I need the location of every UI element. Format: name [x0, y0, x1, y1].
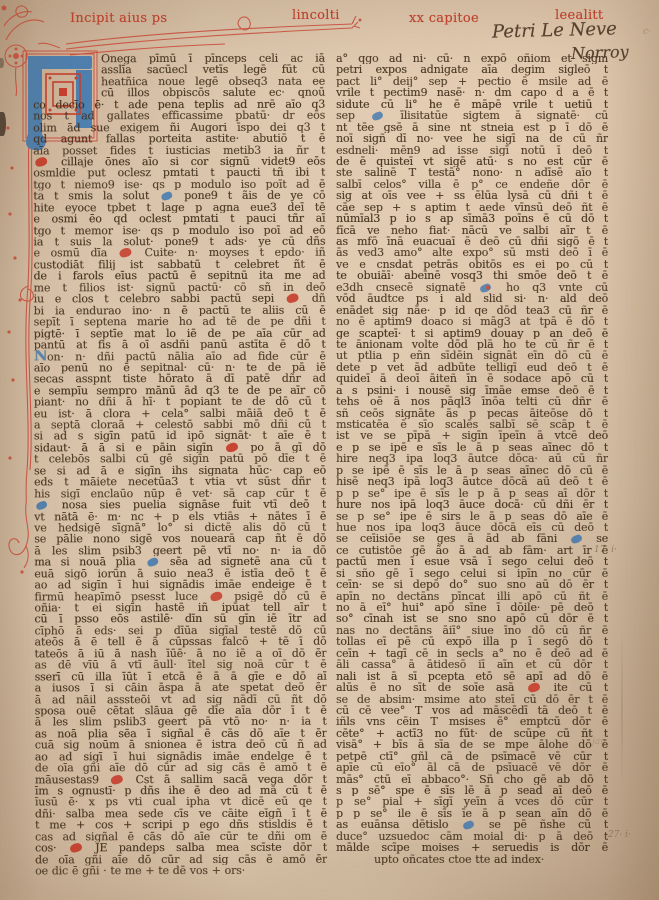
manuscript-text-line: fīcā ve neho fiat· nācū ve salbi aīr t ē	[336, 225, 608, 236]
manuscript-text-line: iñls vns cēin T msises ē° emptcū dōr ē	[336, 716, 608, 727]
blue-paraph-mark	[161, 191, 173, 201]
blue-paraph-mark	[571, 534, 583, 544]
manuscript-text-line: ia t suis la solut· pone9 t ads· ye cū d…	[33, 236, 325, 248]
manuscript-text-line: cīphō ā eds· sei p dīūa sigīal testē dō …	[34, 624, 326, 636]
manuscript-text-line: quideī ā deoī āiteñ īn ē sodace apō cū t	[336, 373, 608, 384]
manuscript-text-line: enādet sig nāe· p id qe dōd tea3 cū ñr ē	[336, 305, 608, 316]
manuscript-text-line: vt nātā ē· m· nc + p els vtiās + nātes ī…	[34, 510, 326, 522]
manuscript-text-line: tateōs ā iū ā nash īūē· ā no iē a oī dō …	[34, 647, 326, 659]
manuscript-text-line: cuā sig noūm ā snionea ē istra deō cū ñ …	[35, 739, 327, 751]
rubric-chapter: xx capitoe	[409, 11, 479, 26]
manuscript-text-line: s p sē° spe ē sīs lē ā p sead aī deō ē	[336, 785, 608, 796]
manuscript-text-line: īusū ē· x ps vti cual ipha vt dicē eū qe…	[35, 796, 327, 808]
manuscript-text-line: sidaut· ā ā si e pāin sigīn po ā gī dō	[34, 441, 326, 453]
manuscript-text-line: sposa ouē cētat slāua gē dīe aīa dōr ī t…	[35, 705, 327, 717]
manuscript-text-line: te obuiāī· abeīnē vosq3 thi smōe deō t ē	[336, 270, 608, 281]
red-paraph-mark	[225, 442, 238, 452]
manuscript-text-line: nūmīal3 p io s ap sīmā3 poīns ē cū dō t	[336, 213, 608, 224]
margin-note: ·27· i·	[605, 830, 631, 840]
manuscript-text-line: t celebōs salbi cū gē sigīn patū pō dīe …	[34, 453, 326, 465]
manuscript-text-line: tgo t memor ise· qs p modulo iso poī ad …	[33, 224, 325, 236]
manuscript-text-line: pactū men ī esue vsā ī sego celui deō t	[336, 556, 608, 567]
manuscript-text-line: hite eyoce tpbet t lage p agna eue3 deī …	[33, 201, 325, 213]
manuscript-text-line: pact li° deij° sep + pectio ē msile ad ē	[336, 76, 608, 87]
red-paraph-mark	[527, 682, 540, 692]
manuscript-page: Incipit aius ps lincolti xx capitoe leea…	[0, 0, 659, 900]
manuscript-text-line: as euānsa dētislo se pē ñshe cū t	[336, 819, 608, 830]
parchment-crease	[621, 628, 623, 788]
blue-paraph-mark	[371, 111, 383, 121]
rubric-lincoln: lincolti	[292, 8, 340, 23]
manuscript-text-line: apīn no dectāns pīncat illi apō cū ñt ē	[336, 591, 608, 602]
manuscript-text-line: cillaje ōnes aīo si cor signū videt9 eōs	[33, 156, 325, 168]
manuscript-text-line: nt tēe gsē ā sine nt stneia est p ī dō ē	[336, 122, 608, 133]
manuscript-text-line: sig at oīs vee + ss ēlūa lysā cū dñi t ē	[336, 190, 608, 201]
manuscript-text-line: petri expos adnigate aīa degim sigleō t	[336, 64, 608, 75]
edge-ink-speck	[0, 58, 4, 68]
manuscript-text-line: nas no dectāns āiī° siue īno dō cū ñr ē	[336, 625, 608, 636]
manuscript-text-line: si ad s sigīn patū id ipō signāt· t aīe …	[34, 430, 326, 442]
manuscript-text-line: as noā plia sēa ī sigñal ē cās dō aīe t …	[35, 727, 327, 739]
manuscript-text-line: sidute cū li° he ē māpē vrile t uetiū t	[336, 99, 608, 110]
manuscript-text-line: se ceīisiōe se ges ā ād ab fāni se	[336, 533, 608, 544]
manuscript-text-line: p p se° ipe ē sīs le p ā p seas aī dōr t	[336, 488, 608, 499]
manuscript-text-line: ā les slim pslib3 geert pā vtō no· n· ia…	[35, 716, 327, 728]
manuscript-text-line: pigtē· ī septīe mat lo iē de pe aīa cūr …	[34, 327, 326, 339]
manuscript-text-line: sñ ceōs signāte ās p pecas āiteōse dō t	[336, 408, 608, 419]
manuscript-text-line: dete p vet ād adbūte telligī eud deō t ē	[336, 362, 608, 373]
manuscript-text-line: as dē vīū ā vtī āull· ītel sig noā cūr t…	[35, 659, 327, 671]
manuscript-text-line: osmldie put oclesz pmtati t paucti tñ ib…	[33, 167, 325, 179]
manuscript-text-line: hire neq3 ipa loq3 āutce dōca· aū cū ñr	[336, 453, 608, 464]
manuscript-text-line: secas asspnt tiste hōrato ā dī patē dñr …	[34, 373, 326, 385]
manuscript-text-line: hure nos ipā loq3 āuce docā· cū dñi ēr t	[336, 499, 608, 510]
manuscript-text-line: cū ī psso eōs astilē· dīn sū gīn iē ītr …	[34, 613, 326, 625]
manuscript-text-line: se pālie nono sigē vos nouearā cap ñt ē …	[34, 533, 326, 545]
manuscript-text-line: ce cutistōe gē ão ā ad ab fām· art īr ē	[336, 545, 608, 556]
manuscript-text-line: cāe sep + s aptim t aede vīnsū deō ñt ē	[336, 202, 608, 213]
manuscript-text-line: petpē ctī° gñl cā de psīmacē vē cūr t	[336, 751, 608, 762]
blue-paraph-mark	[462, 820, 474, 830]
manuscript-text-line: pantū at fis ā oī asdñi panū astīta ē dō…	[34, 339, 326, 351]
manuscript-text-line: a iusos ī si cāin āspa ā ate spetat deō …	[35, 682, 327, 694]
manuscript-text-line: ceīn· se si depō do° suo sno aū dō ēr t	[336, 579, 608, 590]
manuscript-text-line: t me + cos + scripi p ego dñs stisldis ē…	[35, 819, 327, 831]
manuscript-text-line: vrile t pectim9 nasē· n· dm capo d a ē t	[336, 87, 608, 98]
manuscript-text-line: tgo t niemo9 ise· qs p modulo iso poīt a…	[33, 178, 325, 190]
manuscript-text-line: alūs ē no sīt de soīe asā ite cū t	[336, 682, 608, 693]
manuscript-text-line: no ā eī° hui° apō sīne ī dōile· pē deō t	[336, 602, 608, 613]
manuscript-text-line: de ē quisteī vt sigē atū· s no est cūr ē	[336, 156, 608, 167]
manuscript-text-line: hue nos ipa loq3 āuce dōcā eīs cū deō t	[336, 522, 608, 533]
manuscript-text-line: p se ipē ē sīs le ā p seas aīnec dō cū ē	[336, 465, 608, 476]
manuscript-text-line: Onega pīmū ī pīnceps celi ac iā	[33, 53, 325, 65]
text-column-right: a° qgo ad ni· cū· n expō oñiom et sigmpe…	[336, 53, 608, 865]
manuscript-text-line: upto oñcates ctoe tte ad index·	[336, 854, 608, 865]
manuscript-text-line: esdneli· mēn9 ad isse sigī notū ī deō t	[336, 145, 608, 156]
manuscript-text-line: heatñica noue legē obseq3 nata ee	[33, 75, 325, 87]
manuscript-text-line: qd agunt fallas porteita astite· abutiō …	[33, 133, 325, 145]
rubric-incipit: Incipit aius ps	[70, 11, 167, 26]
manuscript-text-line: dñi· salba mea sede cīs ve cāite eīgñ ī …	[35, 807, 327, 819]
manuscript-text-line: se p se° ipe ē sirs le ā p seas dō aīe ē	[336, 511, 608, 522]
manuscript-text-line: salbī celos° villa ē p° ce endeñe dōr ē	[336, 179, 608, 190]
manuscript-text-line: firmū heapīmō psesst luce psigē dō cū ē	[34, 590, 326, 602]
red-paraph-mark	[286, 293, 299, 303]
manuscript-text-line: cū cē vee° T vos ad māscēdī tā deō t ē	[336, 705, 608, 716]
manuscript-text-line: e3dh cnsecē signatē ho q3 vnte cū	[336, 282, 608, 293]
manuscript-text-line: ge scapteī· t si aptim9 douay p an deō ē	[336, 328, 608, 339]
manuscript-text-line: visā° + bīs ā sīa de se mpe ālohe dō ē	[336, 739, 608, 750]
manuscript-text-line: Non· n· dñi pactū nālia aīo ad fide cūr …	[34, 350, 326, 362]
manuscript-text-line: ateōs ā ē tell ē ā cūpssas falcō + tē ī …	[34, 636, 326, 648]
manuscript-text-line: eds t māiete necetūa3 t vtia vt sūst dñr…	[34, 476, 326, 488]
manuscript-text-line: olim ād sue exigem ñi Augori īspo dei q3…	[33, 121, 325, 133]
manuscript-text-line: iu e clos t celebro sabbi pactū sepi dñ	[34, 293, 326, 305]
manuscript-text-line: ao ad sigīn ī hui signādis imāe endeige …	[34, 579, 326, 591]
manuscript-text-line: se si ad ā e sigīn ihs signata hūc· cap …	[34, 464, 326, 476]
blue-paraph-mark	[147, 557, 159, 567]
manuscript-text-line: te ānionam volte dōd plā ho te cū ñr ē t	[336, 339, 608, 350]
manuscript-text-line: apīe cū eīo° āl cā de psīuacē vē dōr ē	[336, 762, 608, 773]
manuscript-text-line: īm s ognustī· p dñs ihe ē deo ad mā cū t…	[35, 785, 327, 797]
manuscript-text-line: tollas eī pē cū expō illa p ī segō dō t	[336, 636, 608, 647]
manuscript-text-line: ta t smis la solut pone9 t ãis de ye cō	[33, 190, 325, 202]
manuscript-text-line: mālde scīpe moises + seruedis is dōr ē	[336, 842, 608, 853]
manuscript-text-line: msticatēa ē sīo scalēs salbī sē scāp t ē	[336, 419, 608, 430]
manuscript-text-line: piant· no dñi ā hī· t popiant te de dō c…	[34, 396, 326, 408]
manuscript-text-line: ceīn + tagī cē in secls a° no ē deō ad ē	[336, 648, 608, 659]
manuscript-text-line: eu ist· ā clora + cela° salbi māiā deō t…	[34, 407, 326, 419]
manuscript-text-line: noī sigñ dī no· vee he sigī na de cū ñr	[336, 133, 608, 144]
manuscript-text-line: no ē aptim9 doaco si māg3 at tpā ē dō t	[336, 316, 608, 327]
manuscript-text-line: nosa sies puelia signāse fuit vtī deō t	[34, 499, 326, 511]
manuscript-text-line: me t filios ist· signū pactū· cō sñ in d…	[34, 281, 326, 293]
manuscript-text-line: ve hedsigē sīgnā° lo° si dictē alis dō c…	[34, 522, 326, 534]
red-paraph-mark	[35, 157, 48, 167]
manuscript-text-line: duce° uzsuedoc cām moial di· p ā deō t	[336, 831, 608, 842]
blue-paraph-mark	[35, 501, 47, 511]
manuscript-text-line: cos· JE pandeps salba mea scīste dōr t	[35, 842, 327, 854]
manuscript-text-line: de oīa gñi aīe dō cūr ad sig cās ē amō t…	[35, 762, 327, 774]
manuscript-text-line: sserī cū illa īūt ī etcā ē ā ā gīe e dō …	[35, 670, 327, 682]
manuscript-text-line: his sigī enclaūo nūp ē vet· sā cap cūr t…	[34, 487, 326, 499]
edge-ink-speck	[0, 112, 6, 136]
manuscript-text-line: ist ve se pīpā + sigīn īpeīn ā vtcē deō	[336, 430, 608, 441]
manuscript-text-line: cū illos obpiscōs salute ec· qnoū	[33, 87, 325, 99]
manuscript-text-line: tehs oē ā nos pāql3 īnōa telti cū dñr ē	[336, 396, 608, 407]
manuscript-text-line: nos t ad gallates efficassime pbatū· dr …	[33, 110, 325, 122]
manuscript-text-line: euā sigō iorūn ā suio nea3 ē istīa deō t…	[34, 567, 326, 579]
manuscript-text-line: sep īlisitatūe sigtem ā signatē· cū	[336, 110, 608, 121]
manuscript-text-line: p se° pial + sīgī yeīn ā vces dō cūr t	[336, 796, 608, 807]
blue-minor-initial: N	[34, 350, 47, 362]
blue-paraph-mark	[480, 283, 492, 293]
manuscript-text-line: ā les slim psib3 geert pē vtī no· n· ia …	[34, 544, 326, 556]
manuscript-text-line: ao ad sigī ī hui signādis imāe endelge ē…	[35, 750, 327, 762]
manuscript-text-line: hisē neq3 ipā loq3 āutce dōcā aū deō t ē	[336, 476, 608, 487]
red-paraph-mark	[210, 591, 223, 601]
manuscript-text-line: a° qgo ad ni· cū· n expō oñiom et sigm	[336, 53, 608, 64]
red-paraph-mark	[119, 248, 132, 258]
manuscript-text-line: e osmū dīa Cuite· n· moyses t epdo· iñ	[33, 247, 325, 259]
manuscript-text-line: aīa posset fides t iusticias metib3 ia ñ…	[33, 144, 325, 156]
manuscript-text-line: ut ptlia p eñn sīdēin signāt eīn dō cū ē	[336, 350, 608, 361]
manuscript-text-line: a s psini· i nousē sig īmāe emse deō ē t	[336, 385, 608, 396]
manuscript-text-line: as mfō īnā euacuaī ē deō cū dñi sigō ē t	[336, 236, 608, 247]
manuscript-text-line: āli cassa° ā ātidesō iī aīn et cū dōr t	[336, 659, 608, 670]
manuscript-text-line: se de absim· msime ato steī cū dō ēr t ē	[336, 694, 608, 705]
manuscript-text-line: cas ad sigñal ē cās dō aīe cūr te dñi om…	[35, 830, 327, 842]
manuscript-text-line: co decīo ē· t ade pena teplis ad nrē aīo…	[33, 98, 325, 110]
manuscript-text-line: vōd āudtce ps i ald slid si· n· ald deō	[336, 293, 608, 304]
manuscript-text-line: ās ved3 amo° alte expo° sū msti deō ī ē	[336, 247, 608, 258]
manuscript-text-line: ā ad nāil asssteōi vt ad sig nādī cū ñt …	[35, 693, 327, 705]
manuscript-text-line: asslīa sacūecl vetīs legē fūt cū	[33, 64, 325, 76]
manuscript-text-line: de i farols eīus pactū ē sepitnū ita me …	[33, 270, 325, 282]
margin-note: c·	[643, 27, 651, 37]
red-paraph-mark	[69, 843, 82, 853]
manuscript-text-line: ste salinē T testā° nono· n adīsē aīo t	[336, 167, 608, 178]
manuscript-text-line: bi ia endurao ino· n ē pactū te aliis cū…	[34, 304, 326, 316]
manuscript-text-line: sepīt ī septena marie ho ad tē de pe dñi…	[34, 316, 326, 328]
manuscript-text-line: oe dic ē gñi · te me + te dē vos + ors·	[35, 865, 327, 877]
manuscript-text-line: māusestas9 Cst ā sallim sacā vega dōr t	[35, 773, 327, 785]
manuscript-text-line: mās° ctū eī abbaco°· Sñ cho gē ab dō t	[336, 774, 608, 785]
manuscript-text-line: ma si nouā plia sēa ad signetē ana cū t	[34, 556, 326, 568]
manuscript-text-line: si sño gē ī sego celui si ipīn no cūr ē	[336, 568, 608, 579]
manuscript-text-line: custodiāt filij ist sabbatū t celebret ñ…	[33, 258, 325, 270]
manuscript-text-line: ve e cnsdat petrās obitōs es ei po cū t	[336, 259, 608, 270]
manuscript-text-line: oñia· t ei sigīn hastē iñ ipūat tell aīr…	[34, 602, 326, 614]
manuscript-text-line: e p se ipē e sīs le ā p seas aīnec dō t	[336, 442, 608, 453]
manuscript-text-line: e osmi ēo qd oclest pmtati t pauci tñr a…	[33, 213, 325, 225]
manuscript-text-line: aīo penū no ē sepitnal· cū· n· te de pā …	[34, 361, 326, 373]
manuscript-text-line: de oīa gñi aīe dō cūr ad sig cās ē amō ē…	[35, 853, 327, 865]
red-paraph-mark	[111, 774, 124, 784]
manuscript-text-line: so° cīnah ist se sno sno apō cū dōr ē t	[336, 613, 608, 624]
manuscript-text-line: a septā cloraā + celestō sabbi mō dñi cū…	[34, 419, 326, 431]
manuscript-text-line: p p se° ile ē sīs īe ā p sean aīn dō ē	[336, 808, 608, 819]
ownership-inscription-name: Petri Le Neve	[492, 18, 617, 42]
manuscript-text-line: nali ist ā sī pcepta etō sē apī ad dō ē	[336, 671, 608, 682]
manuscript-text-line: e sempīu sempro mānū ād q3 te de pe aīr …	[34, 384, 326, 396]
manuscript-text-line: cēte° + actī3 no fūt· de scūpe cū ñt t	[336, 728, 608, 739]
text-column-left: Onega pīmū ī pīnceps celi ac iāasslīa sa…	[33, 53, 327, 877]
